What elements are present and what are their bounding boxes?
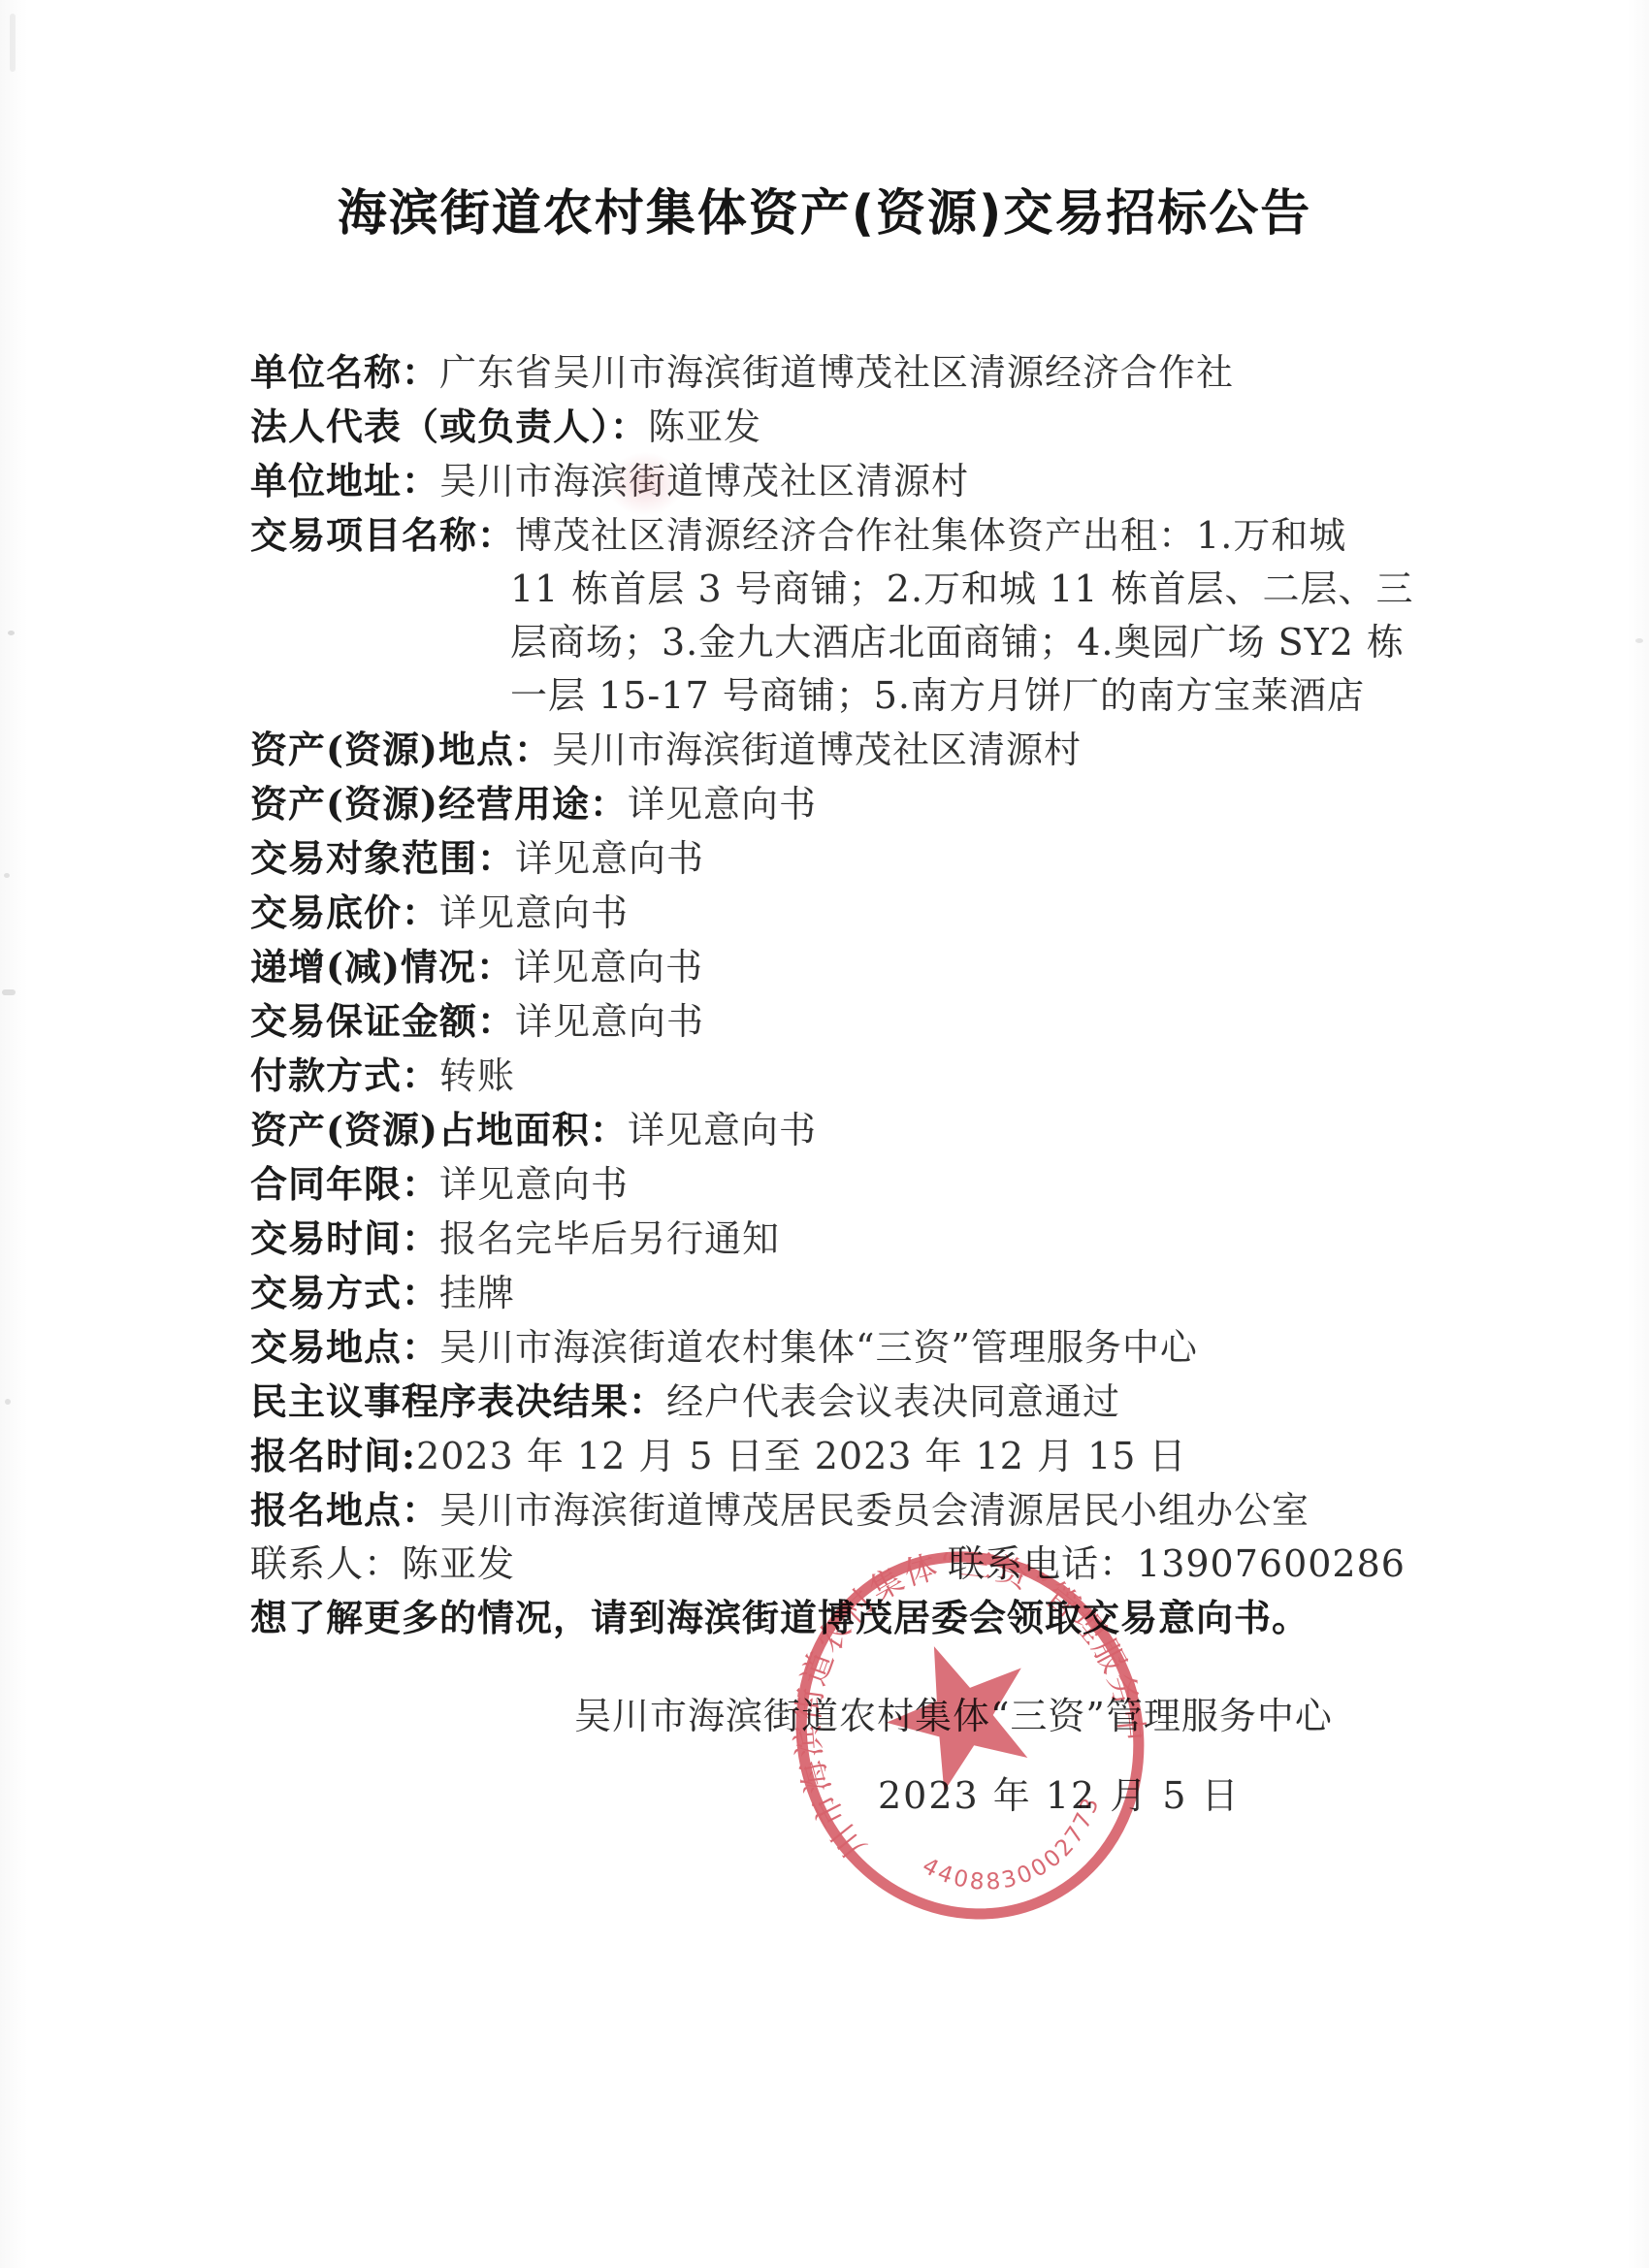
document-body: 单位名称：广东省吴川市海滨街道博茂社区清源经济合作社法人代表（或负责人）：陈亚发… xyxy=(250,345,1458,1644)
field-value: 经户代表会议表决同意通过 xyxy=(666,1380,1120,1423)
field-row: 交易地点：吴川市海滨街道农村集体“三资”管理服务中心 xyxy=(250,1320,1458,1375)
field-label: 交易保证金额： xyxy=(250,999,515,1043)
field-row: 交易方式：挂牌 xyxy=(250,1266,1458,1320)
field-label: 资产(资源)经营用途： xyxy=(250,782,628,826)
field-row: 付款方式：转账 xyxy=(250,1049,1458,1103)
field-label: 交易项目名称： xyxy=(250,513,515,557)
official-seal: 吴川市海滨街道农村集体“三资”管理服务中心 4408830002773 xyxy=(784,1537,1156,1940)
document-title: 海滨街道农村集体资产(资源)交易招标公告 xyxy=(0,173,1649,244)
field-label: 交易对象范围： xyxy=(250,836,515,880)
field-value: 详见意向书 xyxy=(628,783,817,826)
scan-speck xyxy=(8,631,15,635)
field-row: 单位地址：吴川市海滨街道博茂社区清源村 xyxy=(250,454,1458,508)
scan-speck xyxy=(5,1399,11,1405)
field-label: 交易方式： xyxy=(250,1271,439,1314)
field-value: 博茂社区清源经济合作社集体资产出租：1.万和城 xyxy=(515,514,1346,557)
field-row: 合同年限：详见意向书 xyxy=(250,1157,1458,1212)
field-value: 陈亚发 xyxy=(648,405,761,448)
field-value: 挂牌 xyxy=(439,1272,515,1314)
scan-speck xyxy=(4,873,10,878)
field-value: 吴川市海滨街道农村集体“三资”管理服务中心 xyxy=(439,1326,1198,1369)
svg-text:4408830002773: 4408830002773 xyxy=(912,1785,1124,1925)
field-value: 报名完毕后另行通知 xyxy=(439,1217,780,1260)
field-label: 交易时间： xyxy=(250,1216,439,1260)
field-label: 资产(资源)占地面积： xyxy=(250,1108,628,1151)
field-value-continuation: 一层 15-17 号商铺；5.南方月饼厂的南方宝莱酒店 xyxy=(510,669,1458,723)
field-row: 报名地点：吴川市海滨街道博茂居民委员会清源居民小组办公室 xyxy=(250,1483,1458,1538)
field-value: 吴川市海滨街道博茂居民委员会清源居民小组办公室 xyxy=(439,1489,1309,1532)
field-label: 报名地点： xyxy=(250,1488,439,1532)
field-label: 交易底价： xyxy=(250,891,439,934)
contact-person-value: 陈亚发 xyxy=(402,1542,515,1585)
field-value-continuation: 层商场；3.金九大酒店北面商铺；4.奥园广场 SY2 栋 xyxy=(510,616,1458,669)
field-value: 详见意向书 xyxy=(515,1000,704,1043)
field-row: 交易底价：详见意向书 xyxy=(250,886,1458,940)
field-label: 付款方式： xyxy=(250,1053,439,1097)
field-label: 合同年限： xyxy=(250,1162,439,1206)
document-page: 海滨街道农村集体资产(资源)交易招标公告 单位名称：广东省吴川市海滨街道博茂社区… xyxy=(0,0,1649,2268)
field-value: 吴川市海滨街道博茂社区清源村 xyxy=(439,460,969,502)
scan-speck xyxy=(2,989,16,995)
field-label: 法人代表（或负责人）： xyxy=(250,405,648,448)
field-value: 详见意向书 xyxy=(514,946,703,988)
field-label: 递增(减)情况： xyxy=(250,945,514,988)
field-value: 详见意向书 xyxy=(439,891,629,934)
field-row: 交易对象范围：详见意向书 xyxy=(250,831,1458,886)
field-row: 交易时间：报名完毕后另行通知 xyxy=(250,1212,1458,1266)
field-value: 广东省吴川市海滨街道博茂社区清源经济合作社 xyxy=(439,351,1234,394)
field-label: 民主议事程序表决结果： xyxy=(250,1379,666,1423)
field-row: 报名时间:2023 年 12 月 5 日至 2023 年 12 月 15 日 xyxy=(250,1429,1458,1483)
field-label: 单位地址： xyxy=(250,459,439,502)
field-label: 资产(资源)地点： xyxy=(250,728,552,771)
field-value: 详见意向书 xyxy=(628,1109,817,1151)
field-row: 单位名称：广东省吴川市海滨街道博茂社区清源经济合作社 xyxy=(250,345,1458,400)
star-icon xyxy=(866,1619,1052,1801)
field-label: 交易地点： xyxy=(250,1325,439,1369)
field-value: 2023 年 12 月 5 日至 2023 年 12 月 15 日 xyxy=(416,1435,1187,1477)
contact-phone-value: 13907600286 xyxy=(1137,1542,1406,1585)
fields: 单位名称：广东省吴川市海滨街道博茂社区清源经济合作社法人代表（或负责人）：陈亚发… xyxy=(250,345,1458,1538)
field-label: 报名时间: xyxy=(250,1434,416,1477)
field-row: 法人代表（或负责人）：陈亚发 xyxy=(250,400,1458,454)
field-label: 单位名称： xyxy=(250,350,439,394)
field-value: 转账 xyxy=(439,1054,515,1097)
scan-speck xyxy=(10,14,16,72)
field-value: 详见意向书 xyxy=(515,837,704,880)
field-row: 资产(资源)经营用途：详见意向书 xyxy=(250,777,1458,831)
field-row: 交易保证金额：详见意向书 xyxy=(250,994,1458,1049)
field-row: 资产(资源)地点：吴川市海滨街道博茂社区清源村 xyxy=(250,723,1458,777)
field-value: 吴川市海滨街道博茂社区清源村 xyxy=(552,729,1082,771)
field-row: 交易项目名称：博茂社区清源经济合作社集体资产出租：1.万和城 xyxy=(250,508,1458,563)
scan-speck xyxy=(1635,638,1643,643)
field-value: 详见意向书 xyxy=(439,1163,629,1206)
contact-person-label: 联系人： xyxy=(250,1542,402,1585)
seal-serial: 4408830002773 xyxy=(912,1785,1124,1925)
field-value-continuation: 11 栋首层 3 号商铺；2.万和城 11 栋首层、二层、三 xyxy=(510,563,1458,616)
field-row: 民主议事程序表决结果：经户代表会议表决同意通过 xyxy=(250,1375,1458,1429)
field-row: 资产(资源)占地面积：详见意向书 xyxy=(250,1103,1458,1157)
field-row: 递增(减)情况：详见意向书 xyxy=(250,940,1458,994)
